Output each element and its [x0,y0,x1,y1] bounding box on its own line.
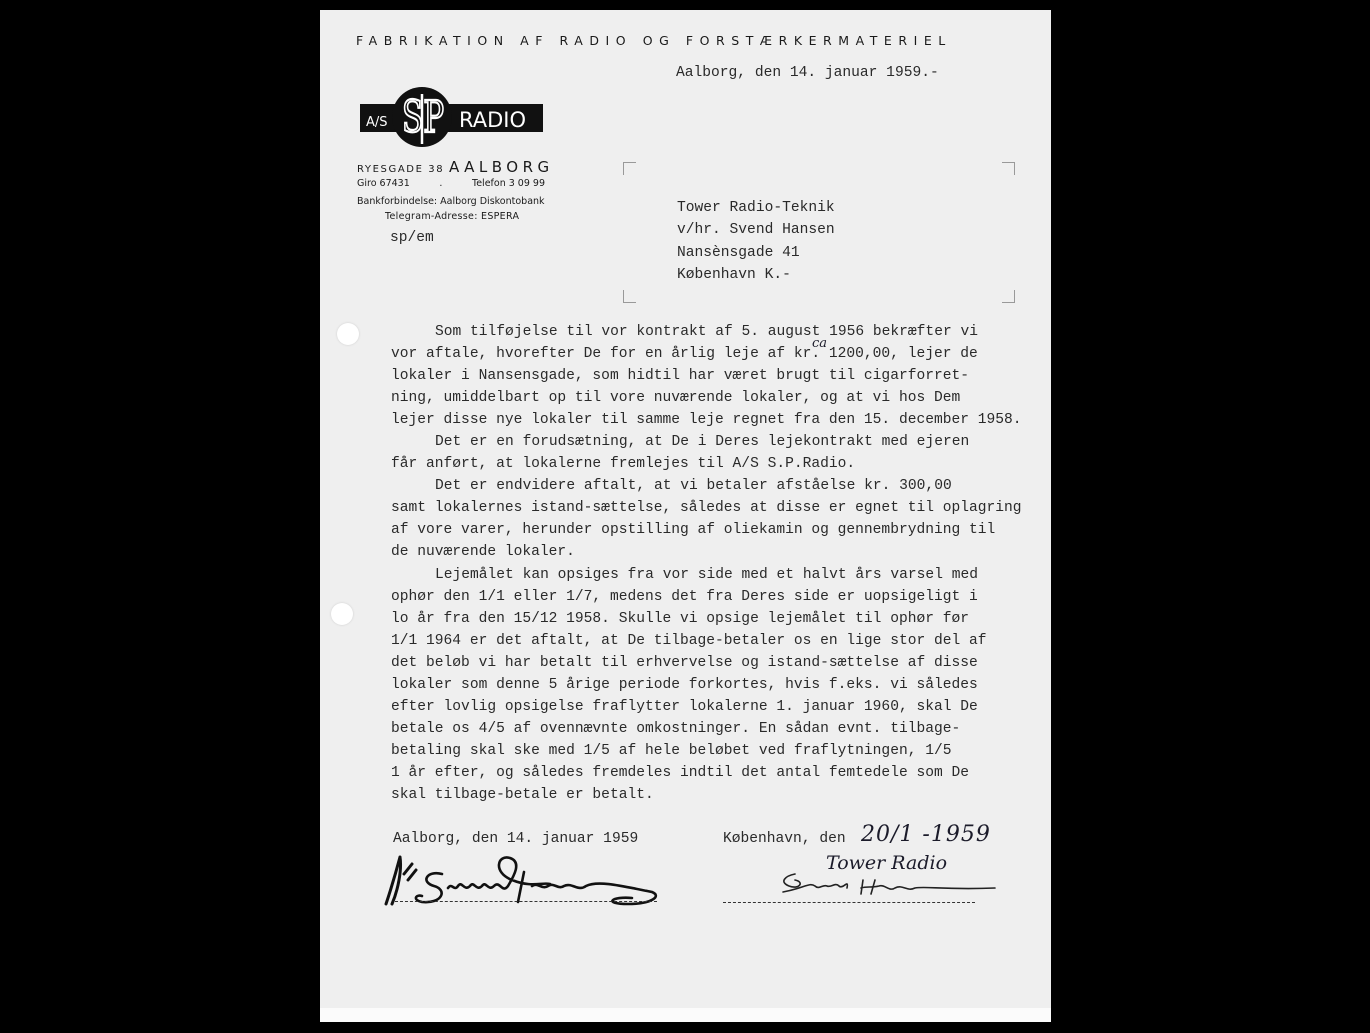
sender-signature [382,852,667,917]
letter-date: Aalborg, den 14. januar 1959.- [676,65,939,81]
sender-signature-line [395,901,657,902]
address-street: RYESGADE 38 [357,164,444,175]
body-line: vor aftale, hvorefter De for en årlig le… [391,343,1022,365]
address-city: AALBORG [449,158,554,176]
address-window-corner [1002,290,1015,303]
handwritten-date: 20/1 -1959 [861,822,991,847]
body-line: af vore varer, herunder opstilling af ol… [391,519,1022,541]
address-window-corner [623,290,636,303]
address-window-corner [1002,162,1015,175]
body-line: 1 år efter, og således fremdeles indtil … [391,762,1022,784]
reference-initials: sp/em [390,230,434,246]
punch-hole [337,323,359,345]
body-line: betale os 4/5 af ovennævnte omkostninger… [391,718,1022,740]
recipient-signature [775,852,1000,897]
page-bottom-edge [320,1008,1051,1022]
signature-icon [775,852,1000,897]
company-address: RYESGADE 38 AALBORG [357,158,554,176]
giro-number: Giro 67431 [357,178,410,189]
body-line: det beløb vi har betalt til erhvervelse … [391,652,1022,674]
signature-icon [382,852,667,917]
body-line: de nuværende lokaler. [391,541,1022,563]
body-line: ophør den 1/1 eller 1/7, medens det fra … [391,586,1022,608]
body-line: 1/1 1964 er det aftalt, at De tilbage-be… [391,630,1022,652]
recipient-address: Tower Radio-Teknikv/hr. Svend HansenNans… [677,197,835,286]
body-line: efter lovlig opsigelse fraflytter lokale… [391,696,1022,718]
company-contact: Giro 67431 . Telefon 3 09 99 [357,178,545,189]
body-line: skal tilbage-betale er betalt. [391,784,1022,806]
telegram-address: Telegram-Adresse: ESPERA [385,211,519,222]
body-line: ning, umiddelbart op til vore nuværende … [391,387,1022,409]
sender-sign-date: Aalborg, den 14. januar 1959 [393,831,638,847]
body-line: lo år fra den 15/12 1958. Skulle vi opsi… [391,608,1022,630]
recipient-line: Nansènsgade 41 [677,242,835,264]
body-line: lokaler som denne 5 årige periode forkor… [391,674,1022,696]
telephone-number: Telefon 3 09 99 [472,178,545,189]
recipient-signature-line [723,902,975,903]
sp-monogram-logo-icon: A/S SP RADIO [358,86,544,148]
svg-text:RADIO: RADIO [459,108,526,132]
body-line: lokaler i Nansensgade, som hidtil har væ… [391,365,1022,387]
body-line: Lejemålet kan opsiges fra vor side med e… [391,564,1022,586]
bank-info: Bankforbindelse: Aalborg Diskontobank [357,196,545,207]
body-line: Det er endvidere aftalt, at vi betaler a… [391,475,1022,497]
recipient-line: v/hr. Svend Hansen [677,219,835,241]
body-line: Som tilføjelse til vor kontrakt af 5. au… [391,321,1022,343]
company-logo: A/S SP RADIO [358,86,544,148]
body-line: lejer disse nye lokaler til samme leje r… [391,409,1022,431]
body-line: Det er en forudsætning, at De i Deres le… [391,431,1022,453]
letterhead-tagline: FABRIKATION AF RADIO OG FORSTÆRKERMATERI… [356,33,952,48]
punch-hole [331,603,353,625]
body-line: samt lokalernes istand-sættelse, således… [391,497,1022,519]
letter-body: Som tilføjelse til vor kontrakt af 5. au… [391,321,1022,806]
separator: . [439,178,442,189]
body-line: får anført, at lokalerne fremlejes til A… [391,453,1022,475]
body-line: betaling skal ske med 1/5 af hele beløbe… [391,740,1022,762]
address-window-corner [623,162,636,175]
recipient-sign-date: København, den [723,831,846,847]
recipient-line: København K.- [677,264,835,286]
recipient-line: Tower Radio-Teknik [677,197,835,219]
svg-text:A/S: A/S [366,115,388,130]
